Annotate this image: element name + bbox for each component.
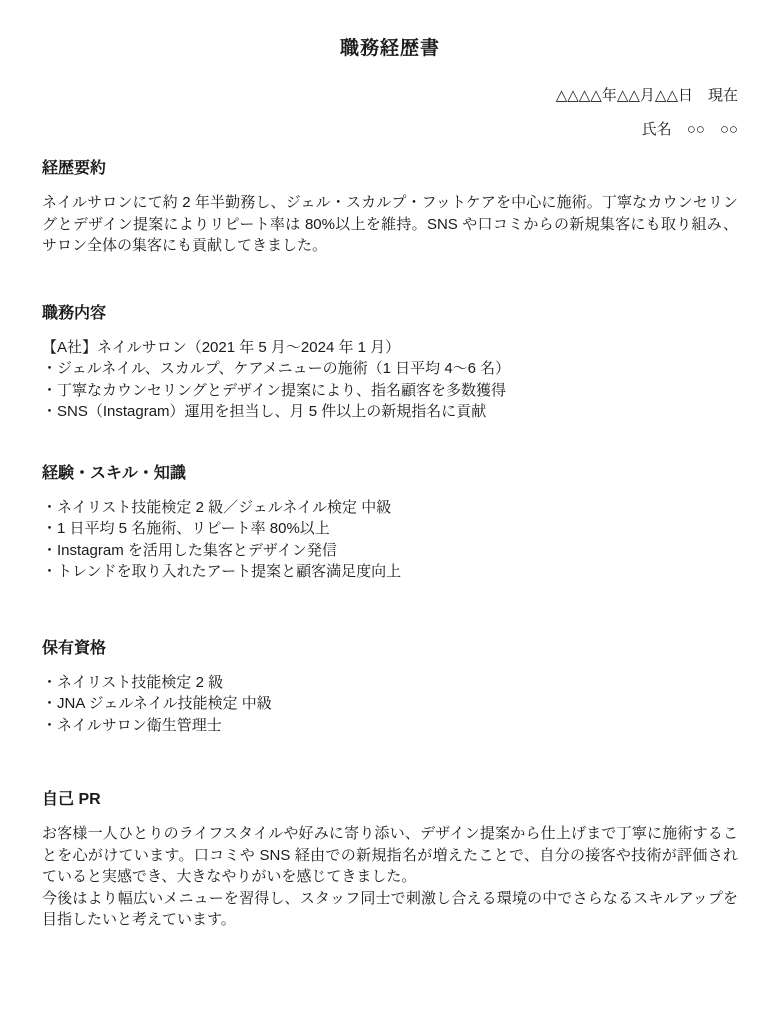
section-body-career-summary: ネイルサロンにて約 2 年半勤務し、ジェル・スカルプ・フットケアを中心に施術。丁… [42,192,738,257]
section-heading-job-description: 職務内容 [42,303,738,325]
experience-skills-line: ・トレンドを取り入れたアート提案と顧客満足度向上 [42,561,738,583]
section-job-description: 職務内容 【A社】ネイルサロン（2021 年 5 月～2024 年 1 月） ・… [42,303,738,423]
section-heading-certifications: 保有資格 [42,638,738,660]
certification-line: ・ネイルサロン衛生管理士 [42,715,738,737]
section-body-certifications: ・ネイリスト技能検定 2 級 ・JNA ジェルネイル技能検定 中級 ・ネイルサロ… [42,672,738,737]
section-heading-career-summary: 経歴要約 [42,158,738,180]
self-pr-paragraph: お客様一人ひとりのライフスタイルや好みに寄り添い、デザイン提案から仕上げまで丁寧… [42,823,738,888]
section-experience-skills: 経験・スキル・知識 ・ネイリスト技能検定 2 級／ジェルネイル検定 中級 ・1 … [42,463,738,583]
job-description-line: ・ジェルネイル、スカルプ、ケアメニューの施術（1 日平均 4～6 名） [42,358,738,380]
date-line: △△△△年△△月△△日 現在 [42,86,738,106]
self-pr-paragraph: 今後はより幅広いメニューを習得し、スタッフ同士で刺激し合える環境の中でさらなるス… [42,888,738,931]
section-body-self-pr: お客様一人ひとりのライフスタイルや好みに寄り添い、デザイン提案から仕上げまで丁寧… [42,823,738,931]
experience-skills-line: ・ネイリスト技能検定 2 級／ジェルネイル検定 中級 [42,497,738,519]
experience-skills-line: ・1 日平均 5 名施術、リピート率 80%以上 [42,518,738,540]
job-description-line: 【A社】ネイルサロン（2021 年 5 月～2024 年 1 月） [42,337,738,359]
certification-line: ・ネイリスト技能検定 2 級 [42,672,738,694]
certification-line: ・JNA ジェルネイル技能検定 中級 [42,693,738,715]
section-heading-self-pr: 自己 PR [42,789,738,811]
section-heading-experience-skills: 経験・スキル・知識 [42,463,738,485]
section-body-experience-skills: ・ネイリスト技能検定 2 級／ジェルネイル検定 中級 ・1 日平均 5 名施術、… [42,497,738,583]
document-title: 職務経歴書 [42,36,738,62]
job-description-line: ・丁寧なカウンセリングとデザイン提案により、指名顧客を多数獲得 [42,380,738,402]
section-career-summary: 経歴要約 ネイルサロンにて約 2 年半勤務し、ジェル・スカルプ・フットケアを中心… [42,158,738,257]
resume-document: 職務経歴書 △△△△年△△月△△日 現在 氏名 ○○ ○○ 経歴要約 ネイルサロ… [0,0,780,1009]
experience-skills-line: ・Instagram を活用した集客とデザイン発信 [42,540,738,562]
section-self-pr: 自己 PR お客様一人ひとりのライフスタイルや好みに寄り添い、デザイン提案から仕… [42,789,738,931]
career-summary-paragraph: ネイルサロンにて約 2 年半勤務し、ジェル・スカルプ・フットケアを中心に施術。丁… [42,192,738,257]
section-body-job-description: 【A社】ネイルサロン（2021 年 5 月～2024 年 1 月） ・ジェルネイ… [42,337,738,423]
name-line: 氏名 ○○ ○○ [42,120,738,140]
section-certifications: 保有資格 ・ネイリスト技能検定 2 級 ・JNA ジェルネイル技能検定 中級 ・… [42,638,738,737]
job-description-line: ・SNS（Instagram）運用を担当し、月 5 件以上の新規指名に貢献 [42,401,738,423]
